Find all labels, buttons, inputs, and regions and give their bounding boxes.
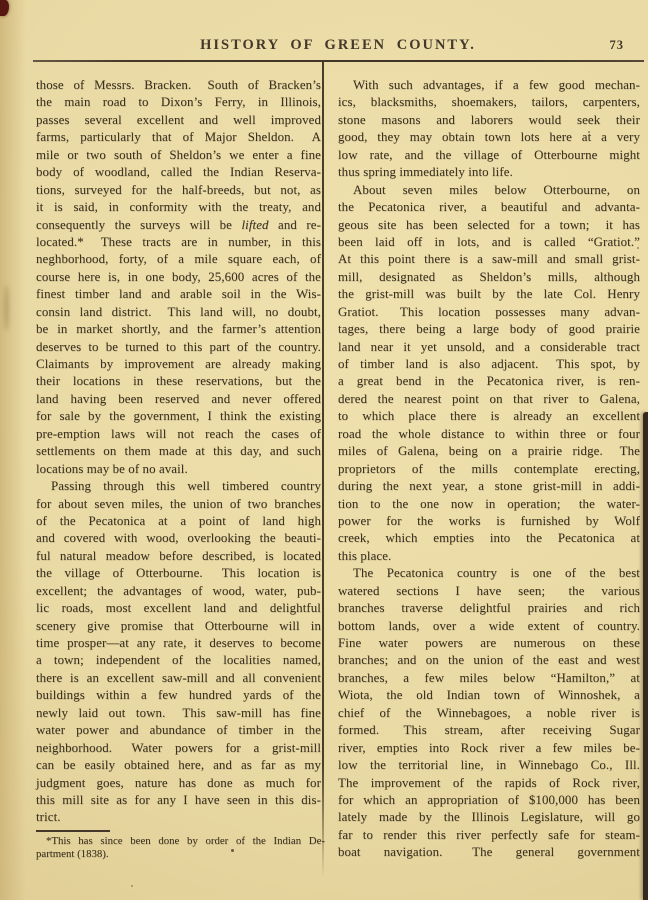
text-line: power for the works is furnished by Wolf — [338, 513, 640, 530]
text-line: this place. — [338, 548, 640, 565]
text-line: low the territorial line, in Winnebago C… — [338, 757, 640, 774]
text-line: Fine water powers are numerous on these — [338, 635, 640, 652]
text-line: branches traverse delightful prairies an… — [338, 600, 640, 617]
text-line: the grist-mill was built by the late Col… — [338, 286, 640, 303]
text-line: trict. — [36, 809, 321, 826]
text-line: formed. This stream, after receiving Sug… — [338, 722, 640, 739]
text-line: finest timber land and arable soil in th… — [36, 286, 321, 303]
text-line: located.* These tracts are in number, in… — [36, 234, 321, 251]
text-line: of the Pecatonica at a point of land hig… — [36, 513, 321, 530]
footnote: *This has since been done by order of th… — [36, 835, 325, 860]
column-divider — [322, 62, 324, 878]
footnote-rule — [36, 830, 110, 832]
text-line: for which an appropriation of $100,000 h… — [338, 792, 640, 809]
text-line: The Pecatonica country is one of the bes… — [338, 565, 640, 582]
text-line: scenery give promise that Otterbourne wi… — [36, 618, 321, 635]
text-line: tions, surveyed for the half-breeds, but… — [36, 182, 321, 199]
text-line: Claimants by improvement are already mak… — [36, 356, 321, 373]
text-line: dered the nearest point on that river to… — [338, 391, 640, 408]
text-line: farms, particularly that of Major Sheldo… — [36, 129, 321, 146]
text-line: a town; independent of the localities na… — [36, 652, 321, 669]
text-line: lately made by the Illinois Legislature,… — [338, 809, 640, 826]
text-line: the village of Otterbourne. This locatio… — [36, 565, 321, 582]
text-line: ics, blacksmiths, shoemakers, tailors, c… — [338, 94, 640, 111]
text-line: there is an excellent saw-mill and all c… — [36, 670, 321, 687]
text-line: for about seven miles, the union of two … — [36, 496, 321, 513]
text-line: newly laid out town. This saw-mill has f… — [36, 705, 321, 722]
paragraph: With such advantages, if a few good mech… — [338, 77, 640, 182]
text-line: miles of Galena, being on a prairie ridg… — [338, 443, 640, 460]
text-line: a great bend in the Pecatonica river, is… — [338, 373, 640, 390]
scan-smudge — [4, 285, 9, 331]
text-line: mile or two south of Sheldon’s we enter … — [36, 147, 321, 164]
text-line: it is said, in conformity with the treat… — [36, 199, 321, 216]
text-line: mill, designated as Sheldon’s mills, alt… — [338, 269, 640, 286]
text-line: time prosper—at any rate, it deserves to… — [36, 635, 321, 652]
text-line: thus spring immediately into life. — [338, 164, 640, 181]
text-line: partment (1838). — [36, 848, 325, 861]
text-line: neighborhood. Water powers for a grist-m… — [36, 740, 321, 757]
text-line: of timber land is also adjacent. This sp… — [338, 356, 640, 373]
text-line: creek, which empties into the Pecatonica… — [338, 530, 640, 547]
page-title: HISTORY OF GREEN COUNTY. — [33, 37, 643, 54]
text-line: river, empties into Rock river a few mil… — [338, 740, 640, 757]
scan-speck — [231, 849, 234, 852]
text-line: the Pecatonica river, a beautiful and ad… — [338, 199, 640, 216]
left-column: those of Messrs. Bracken. South of Brack… — [36, 77, 321, 827]
text-line: those of Messrs. Bracken. South of Brack… — [36, 77, 321, 94]
paragraph: The Pecatonica country is one of the bes… — [338, 565, 640, 861]
text-line: bottom lands, over a wide extent of coun… — [338, 618, 640, 635]
text-line: Passing through this well timbered count… — [36, 478, 321, 495]
text-line: neghborhood, forty, of a mile square eac… — [36, 251, 321, 268]
text-line: buildings within a few hundred yards of … — [36, 687, 321, 704]
text-line: stone masons and laborers would seek the… — [338, 112, 640, 129]
text-line: The improvement of the rapids of Rock ri… — [338, 775, 640, 792]
text-line: About seven miles below Otterbourne, on — [338, 182, 640, 199]
text-line: the main road to Dixon’s Ferry, in Illin… — [36, 94, 321, 111]
text-line: pre-emption laws will not reach the case… — [36, 426, 321, 443]
text-line: excellent; the advantages of wood, water… — [36, 583, 321, 600]
text-line: watered sections I have seen; the variou… — [338, 583, 640, 600]
text-line: far to render this river perfectly safe … — [338, 827, 640, 844]
text-line: land having been reserved and never offe… — [36, 391, 321, 408]
text-line: proprietors of the mills contemplate ere… — [338, 461, 640, 478]
text-line: been laid off in lots, and is called “Gr… — [338, 234, 640, 251]
text-line: branches; and on the union of the east a… — [338, 652, 640, 669]
text-line: *This has since been done by order of th… — [36, 835, 325, 848]
text-line: lic roads, most excellent land and delig… — [36, 600, 321, 617]
scan-speck — [131, 885, 133, 887]
text-line: can be easily obtained here, and as far … — [36, 757, 321, 774]
paragraph: *This has since been done by order of th… — [36, 835, 325, 860]
text-line: boat navigation. The general government — [338, 844, 640, 861]
text-line: course here is, in one body, 25,600 acre… — [36, 269, 321, 286]
paragraph: those of Messrs. Bracken. South of Brack… — [36, 77, 321, 478]
text-line: deserves to be turned to this part of th… — [36, 339, 321, 356]
text-line: judgment goes, nature has done as much f… — [36, 775, 321, 792]
text-line: consequently the surveys will be lifted … — [36, 217, 321, 234]
text-line: this mill site as for any I have seen in… — [36, 792, 321, 809]
text-line: water power and abundance of timber in t… — [36, 722, 321, 739]
scan-speck — [637, 247, 639, 249]
text-line: locations may be of no avail. — [36, 461, 321, 478]
page-number: 73 — [610, 38, 625, 53]
text-line: and covered with wood, overlooking the b… — [36, 530, 321, 547]
text-line: branches, a few miles below “Hamilton,” … — [338, 670, 640, 687]
text-line: body of woodland, called the Indian Rese… — [36, 164, 321, 181]
text-line: chief of the Winnebagoes, a noble river … — [338, 705, 640, 722]
text-line: during the next year, a stone grist-mill… — [338, 478, 640, 495]
book-page: HISTORY OF GREEN COUNTY. 73 those of Mes… — [0, 0, 648, 900]
text-line: ful natural meadow before described, is … — [36, 548, 321, 565]
text-line: road the whole distance to within three … — [338, 426, 640, 443]
text-line: Wiota, the old Indian town of Winnoshek,… — [338, 687, 640, 704]
scan-edge-strip — [643, 412, 648, 900]
text-line: At this point there is a saw-mill and sm… — [338, 251, 640, 268]
text-line: be in market shortly, and the farmer’s a… — [36, 321, 321, 338]
text-line: to which place there is already an excel… — [338, 408, 640, 425]
text-line: settlements on them made at this day, an… — [36, 443, 321, 460]
scan-speck — [588, 131, 590, 133]
text-line: tion to the one now in operation; the wa… — [338, 496, 640, 513]
text-line: Gratiot. This location possesses many ad… — [338, 304, 640, 321]
text-line: good, they may obtain town lots here at … — [338, 129, 640, 146]
text-line: consin land district. This land will, no… — [36, 304, 321, 321]
text-line: land near it yet unsold, and a considera… — [338, 339, 640, 356]
text-line: geous site has been selected for a town;… — [338, 217, 640, 234]
paragraph: About seven miles below Otterbourne, ont… — [338, 182, 640, 566]
text-line: for sale by the government, I think the … — [36, 408, 321, 425]
paragraph: Passing through this well timbered count… — [36, 478, 321, 827]
text-line: their locations in these reservations, b… — [36, 373, 321, 390]
text-line: low rate, and the village of Otterbourne… — [338, 147, 640, 164]
text-line: tages, there being a large body of good … — [338, 321, 640, 338]
text-line: With such advantages, if a few good mech… — [338, 77, 640, 94]
right-column: With such advantages, if a few good mech… — [338, 77, 640, 862]
page-gutter-shadow — [0, 0, 26, 900]
text-line: passes several excellent and well improv… — [36, 112, 321, 129]
header-rule — [33, 60, 644, 62]
